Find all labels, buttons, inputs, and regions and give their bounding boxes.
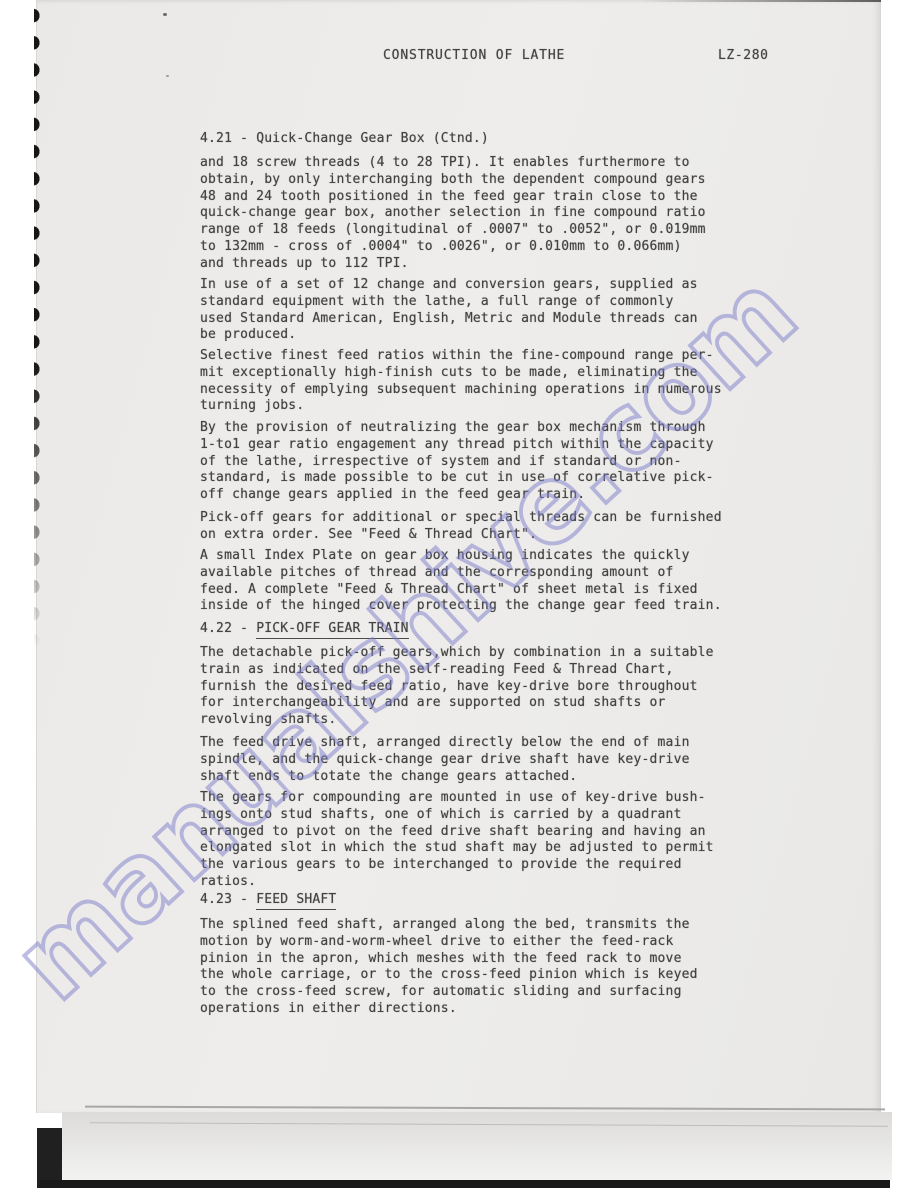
dust-speck bbox=[166, 75, 169, 77]
scan-bottom-strip bbox=[40, 1180, 890, 1188]
paragraph-2: In use of a set of 12 change and convers… bbox=[200, 277, 698, 344]
paragraph-1: and 18 screw threads (4 to 28 TPI). It e… bbox=[200, 155, 706, 273]
section-heading-4-23: 4.23 - FEED SHAFT bbox=[200, 892, 336, 909]
page-header-title: CONSTRUCTION OF LATHE bbox=[383, 48, 565, 65]
section-heading-4-21: 4.21 - Quick-Change Gear Box (Ctnd.) bbox=[200, 131, 489, 148]
dust-speck bbox=[163, 13, 167, 16]
binding-holes-strip bbox=[34, 2, 50, 650]
section-number-4-21: 4.21 - bbox=[200, 131, 256, 146]
section-number-4-22: 4.22 - bbox=[200, 621, 256, 636]
section-heading-4-22: 4.22 - PICK-OFF GEAR TRAIN bbox=[200, 621, 409, 638]
scan-top-edge-line bbox=[640, 0, 881, 2]
paragraph-6: A small Index Plate on gear box housing … bbox=[200, 548, 722, 615]
section-title-4-22: PICK-OFF GEAR TRAIN bbox=[256, 621, 409, 639]
page-header-doc-number: LZ-280 bbox=[718, 48, 769, 65]
paragraph-9: The gears for compounding are mounted in… bbox=[200, 790, 714, 891]
section-title-4-23: FEED SHAFT bbox=[256, 892, 336, 910]
scan-black-notch bbox=[37, 1128, 62, 1188]
paragraph-7: The detachable pick-off gears,which by c… bbox=[200, 645, 714, 729]
scanned-page-canvas: CONSTRUCTION OF LATHE LZ-280 4.21 - Quic… bbox=[0, 0, 918, 1188]
paragraph-3: Selective finest feed ratios within the … bbox=[200, 348, 722, 415]
paragraph-5: Pick-off gears for additional or special… bbox=[200, 510, 722, 544]
section-number-4-23: 4.23 - bbox=[200, 892, 256, 907]
paragraph-4: By the provision of neutralizing the gea… bbox=[200, 420, 714, 504]
paragraph-10: The splined feed shaft, arranged along t… bbox=[200, 917, 698, 1018]
section-title-4-21: Quick-Change Gear Box (Ctnd.) bbox=[256, 131, 489, 146]
paragraph-8: The feed drive shaft, arranged directly … bbox=[200, 735, 690, 785]
running-header: CONSTRUCTION OF LATHE LZ-280 bbox=[200, 48, 232, 115]
